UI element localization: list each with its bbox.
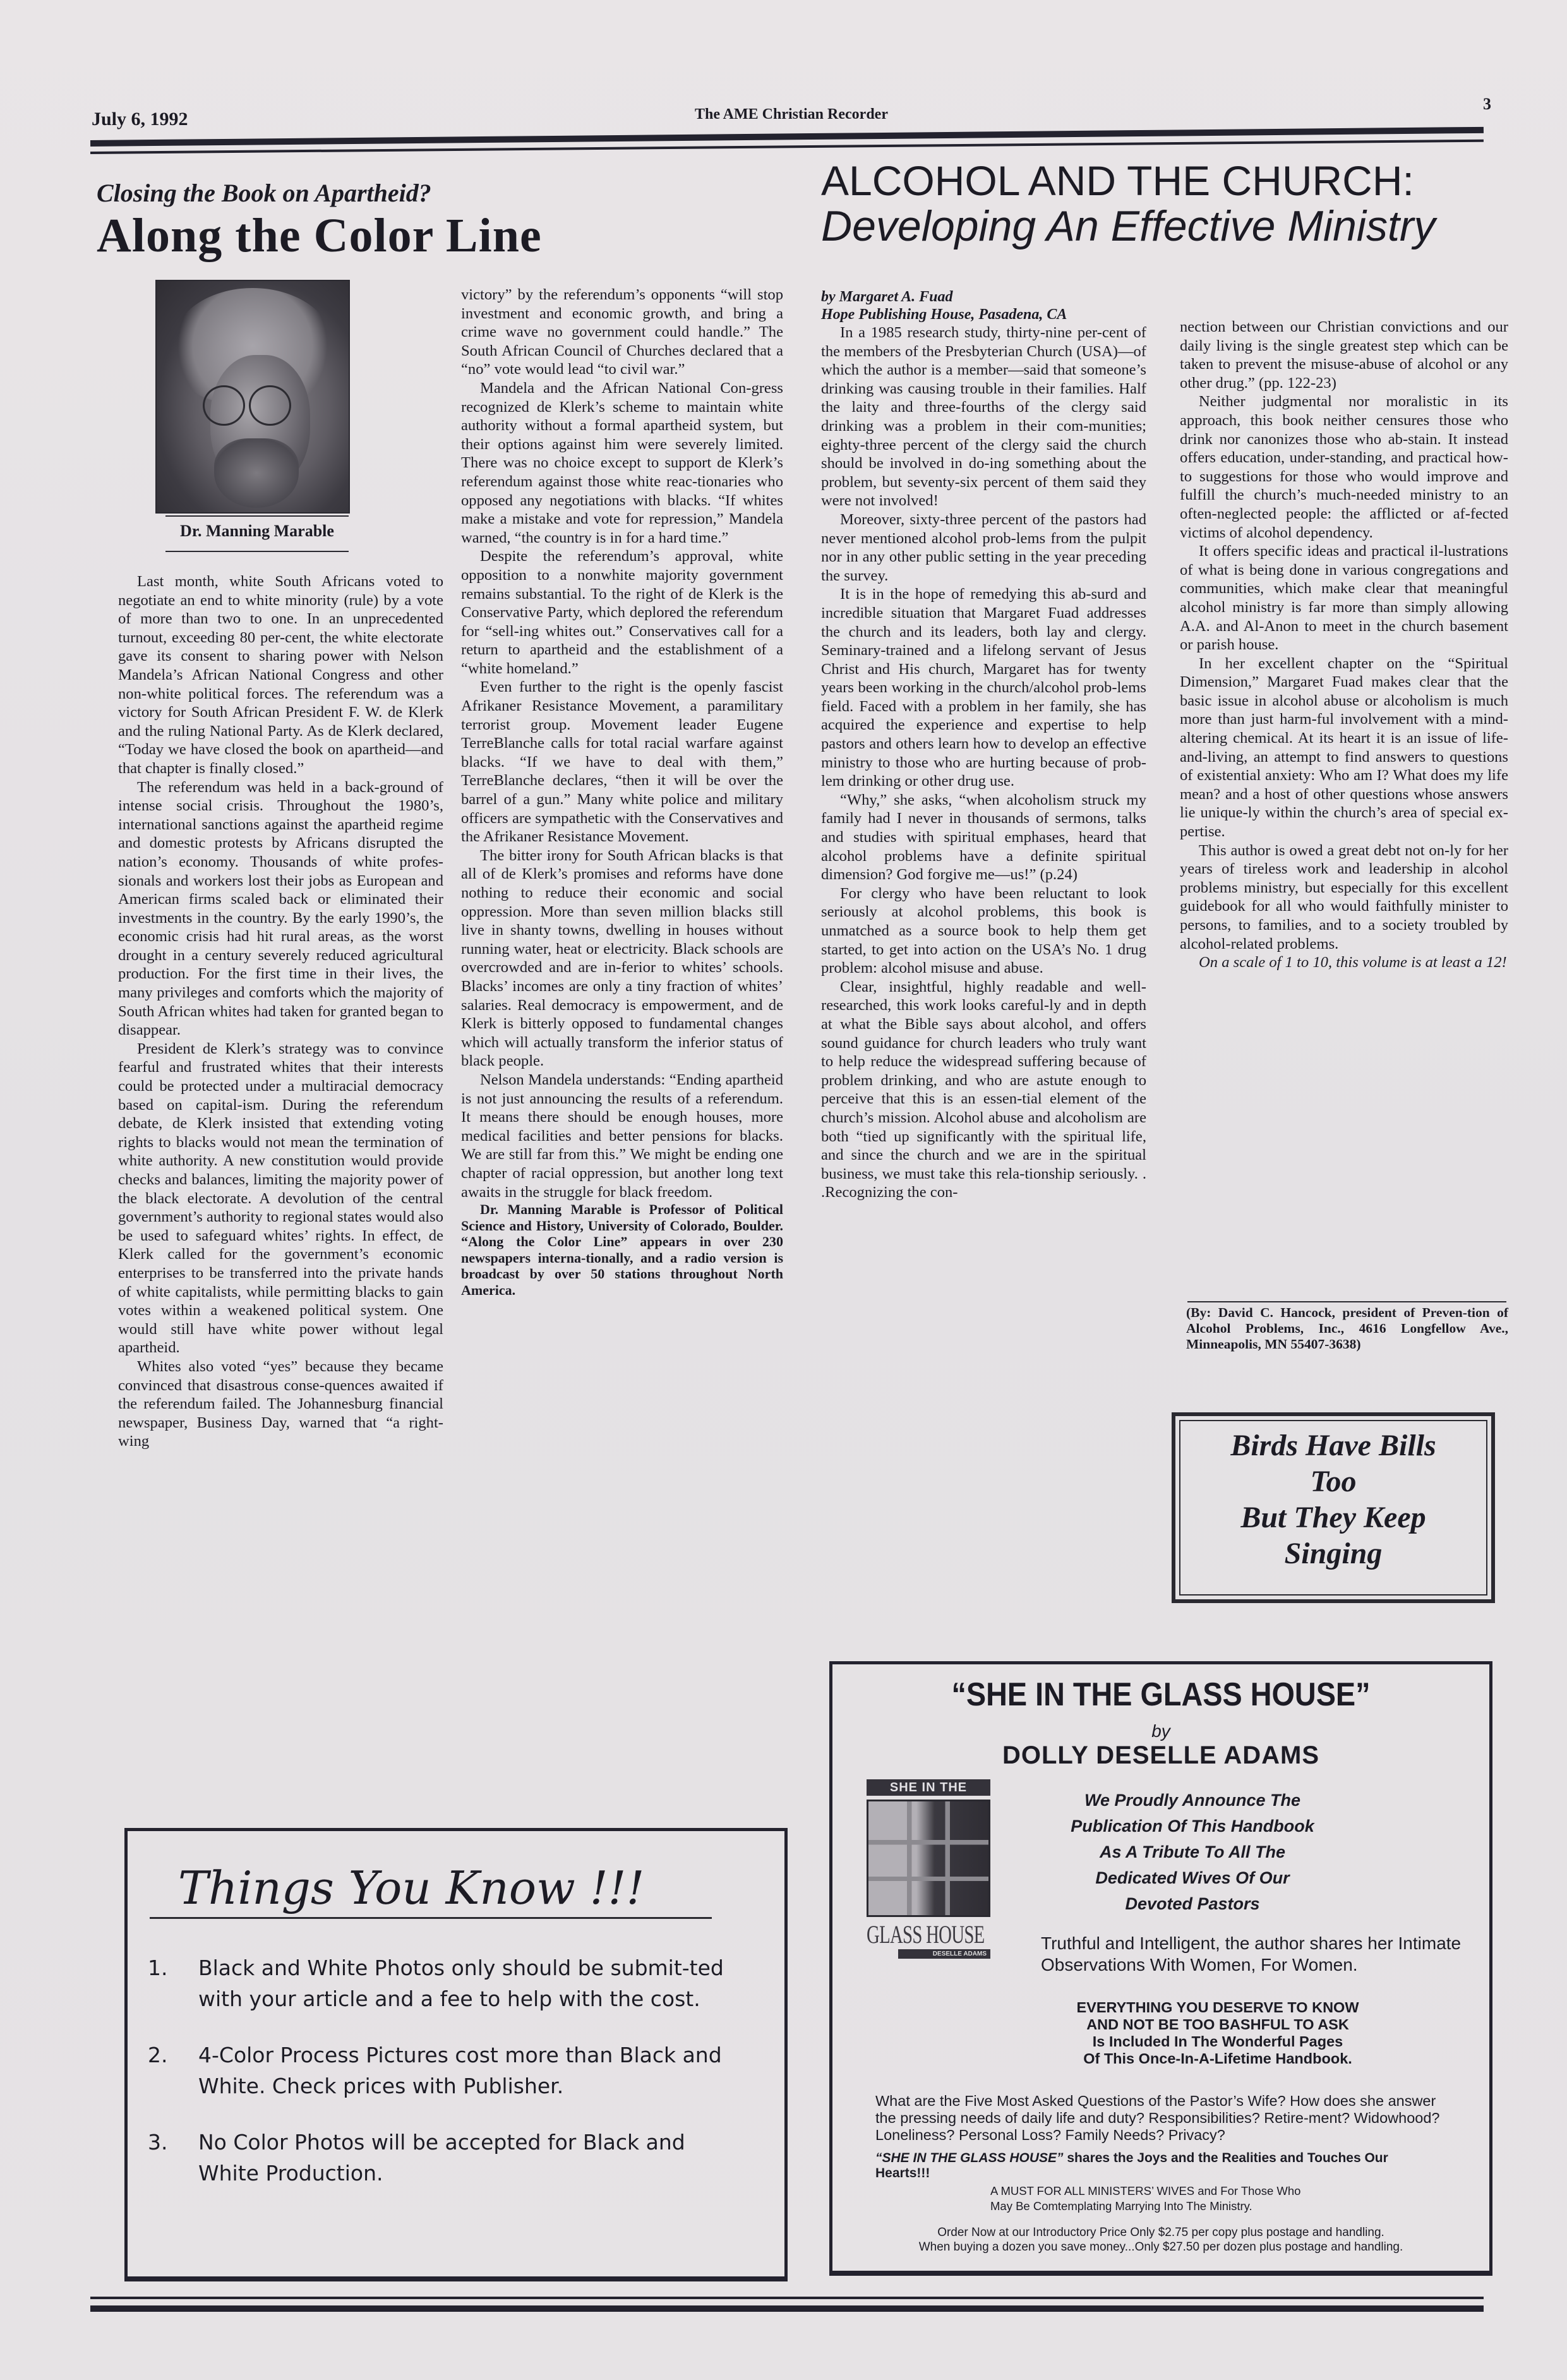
paragraph: Last month, white South Africans voted t… xyxy=(118,572,443,778)
page-number: 3 xyxy=(1483,95,1491,114)
ad-must-text: A MUST FOR ALL MINISTERS’ WIVES and For … xyxy=(990,2184,1344,2214)
alcohol-article-headline: ALCOHOL AND THE CHURCH: Developing An Ef… xyxy=(821,158,1436,249)
headline-main: ALCOHOL AND THE CHURCH: xyxy=(821,157,1414,204)
book-cover-image: SHE IN THE GLASS HOUSE DESELLE ADAMS xyxy=(867,1779,990,1968)
things-title-rule xyxy=(150,1917,712,1919)
list-item: 1.Black and White Photos only should be … xyxy=(148,1952,729,2014)
list-item: 2.4-Color Process Pictures cost more tha… xyxy=(148,2040,729,2101)
paragraph: victory” by the referendum’s opponents “… xyxy=(461,285,783,379)
ad-questions: What are the Five Most Asked Questions o… xyxy=(875,2093,1444,2144)
headline-sub: Developing An Effective Ministry xyxy=(821,203,1436,249)
must-line: May Be Comtemplating Marrying Into The M… xyxy=(990,2199,1344,2214)
photo-glasses-left xyxy=(203,385,245,426)
paragraph: Mandela and the African National Con-gre… xyxy=(461,379,783,547)
item-text: 4-Color Process Pictures cost more than … xyxy=(198,2043,722,2098)
byline-publisher: Hope Publishing House, Pasadena, CA xyxy=(821,306,1146,323)
paragraph: nection between our Christian conviction… xyxy=(1180,318,1508,392)
everything-line: AND NOT BE TOO BASHFUL TO ASK xyxy=(1041,2016,1395,2033)
birds-line: Too xyxy=(1175,1463,1491,1500)
must-line: A MUST FOR ALL MINISTERS’ WIVES and For … xyxy=(990,2184,1344,2199)
item-text: Black and White Photos only should be su… xyxy=(198,1956,724,2011)
article-column-1: Last month, white South Africans voted t… xyxy=(118,572,443,1451)
caption-rule-bottom xyxy=(165,551,349,552)
things-you-know-box: Things You Know !!! 1.Black and White Ph… xyxy=(124,1828,788,2281)
reviewer-credit: (By: David C. Hancock, president of Prev… xyxy=(1186,1305,1508,1352)
item-text: No Color Photos will be accepted for Bla… xyxy=(198,2130,685,2185)
ad-shares-line: “SHE IN THE GLASS HOUSE” shares the Joys… xyxy=(875,2151,1444,2181)
announce-line: Devoted Pastors xyxy=(1016,1891,1369,1917)
paragraph: “Why,” she asks, “when alcoholism struck… xyxy=(821,791,1146,884)
everything-line: EVERYTHING YOU DESERVE TO KNOW xyxy=(1041,1999,1395,2016)
paragraph: For clergy who have been reluctant to lo… xyxy=(821,884,1146,978)
newspaper-page: July 6, 1992 The AME Christian Recorder … xyxy=(0,0,1567,2380)
paragraph: Whites also voted “yes” because they bec… xyxy=(118,1357,443,1451)
paragraph: This author is owed a great debt not on-… xyxy=(1180,841,1508,954)
announce-line: We Proudly Announce The xyxy=(1016,1788,1369,1813)
announce-line: Publication Of This Handbook xyxy=(1016,1813,1369,1839)
byline-author: by Margaret A. Fuad xyxy=(821,288,1146,306)
article-headline: Along the Color Line xyxy=(97,208,542,263)
ad-order-info: Order Now at our Introductory Price Only… xyxy=(883,2225,1439,2254)
book-cover-author: DESELLE ADAMS xyxy=(898,1949,990,1959)
paragraph: In her excellent chapter on the “Spiritu… xyxy=(1180,654,1508,841)
paragraph: Nelson Mandela understands: “Ending apar… xyxy=(461,1071,783,1201)
things-list: 1.Black and White Photos only should be … xyxy=(148,1952,729,2214)
everything-line: Is Included In The Wonderful Pages xyxy=(1041,2033,1395,2050)
paragraph: Neither judgmental nor moralistic in its… xyxy=(1180,392,1508,542)
author-bio: Dr. Manning Marable is Professor of Poli… xyxy=(461,1201,783,1298)
paragraph: Even further to the right is the openly … xyxy=(461,678,783,846)
paragraph: Moreover, sixty-three percent of the pas… xyxy=(821,510,1146,585)
paragraph: On a scale of 1 to 10, this volume is at… xyxy=(1180,953,1508,972)
paragraph: President de Klerk’s strategy was to con… xyxy=(118,1040,443,1357)
birds-line: But They Keep xyxy=(1175,1500,1491,1536)
ad-everything-text: EVERYTHING YOU DESERVE TO KNOW AND NOT B… xyxy=(1041,1999,1395,2067)
order-line: Order Now at our Introductory Price Only… xyxy=(883,2225,1439,2240)
ad-announcement: We Proudly Announce The Publication Of T… xyxy=(1016,1788,1369,1917)
footer-rule-thick xyxy=(90,2305,1484,2312)
item-number: 3. xyxy=(148,2127,168,2158)
things-title: Things You Know !!! xyxy=(178,1861,644,1914)
paragraph: Clear, insightful, highly readable and w… xyxy=(821,978,1146,1202)
paragraph: It offers specific ideas and practical i… xyxy=(1180,542,1508,654)
book-cover-window xyxy=(867,1800,990,1917)
ad-author: DOLLY DESELLE ADAMS xyxy=(832,1741,1489,1770)
photo-beard xyxy=(214,438,299,508)
announce-line: Dedicated Wives Of Our xyxy=(1016,1865,1369,1891)
birds-line: Birds Have Bills xyxy=(1175,1427,1491,1463)
photo-glasses-right xyxy=(249,385,291,426)
ad-by: by xyxy=(832,1721,1489,1741)
footer-rule-thin xyxy=(90,2297,1484,2299)
paragraph: The referendum was held in a back-ground… xyxy=(118,778,443,1040)
article-column-4: nection between our Christian conviction… xyxy=(1180,318,1508,972)
paragraph: In a 1985 research study, thirty-nine pe… xyxy=(821,323,1146,510)
ad-truthful-text: Truthful and Intelligent, the author sha… xyxy=(1041,1933,1464,1976)
article-column-2: victory” by the referendum’s opponents “… xyxy=(461,285,783,1298)
book-cover-title: GLASS HOUSE xyxy=(867,1920,956,1949)
list-item: 3.No Color Photos will be accepted for B… xyxy=(148,2127,729,2189)
book-cover-band: SHE IN THE xyxy=(867,1779,990,1796)
item-number: 2. xyxy=(148,2040,168,2070)
announce-line: As A Tribute To All The xyxy=(1016,1839,1369,1865)
item-number: 1. xyxy=(148,1952,168,1983)
article-kicker: Closing the Book on Apartheid? xyxy=(97,178,431,208)
birds-box-text: Birds Have Bills Too But They Keep Singi… xyxy=(1175,1427,1491,1572)
article-column-3: by Margaret A. Fuad Hope Publishing Hous… xyxy=(821,288,1146,1202)
glass-house-advertisement: “SHE IN THE GLASS HOUSE” by DOLLY DESELL… xyxy=(829,1661,1492,2276)
author-photo xyxy=(155,280,350,514)
order-line: When buying a dozen you save money...Onl… xyxy=(883,2240,1439,2254)
publication-name: The AME Christian Recorder xyxy=(695,106,888,123)
credit-divider xyxy=(1187,1301,1506,1302)
everything-line: Of This Once-In-A-Lifetime Handbook. xyxy=(1041,2050,1395,2067)
issue-date: July 6, 1992 xyxy=(92,109,188,130)
caption-rule-top xyxy=(165,515,349,517)
birds-line: Singing xyxy=(1175,1536,1491,1572)
shares-title: “SHE IN THE GLASS HOUSE” xyxy=(875,2151,1064,2165)
paragraph: Despite the referendum’s approval, white… xyxy=(461,547,783,678)
paragraph: It is in the hope of remedying this ab-s… xyxy=(821,585,1146,791)
birds-have-bills-box: Birds Have Bills Too But They Keep Singi… xyxy=(1172,1412,1495,1603)
photo-caption: Dr. Manning Marable xyxy=(165,522,349,541)
paragraph: The bitter irony for South African black… xyxy=(461,846,783,1071)
ad-title: “SHE IN THE GLASS HOUSE” xyxy=(865,1676,1456,1714)
